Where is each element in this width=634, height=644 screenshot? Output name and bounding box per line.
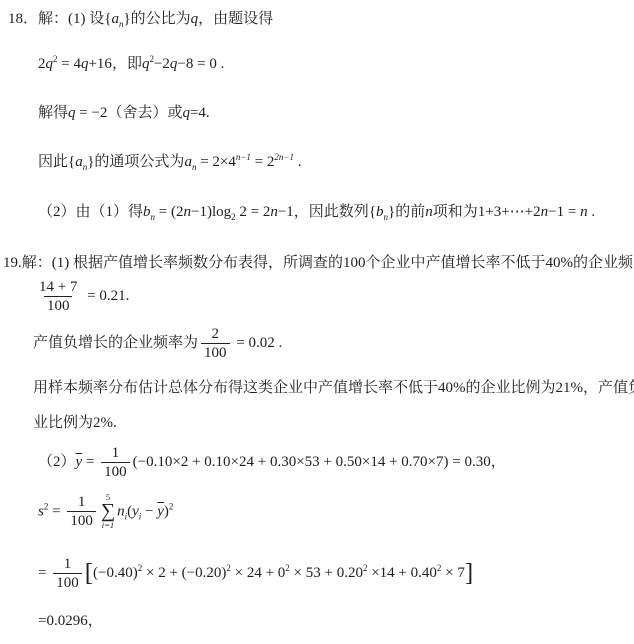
p18-solve-q-line: 解得q = −2（舍去）或q=4.: [38, 104, 210, 123]
fraction: 1100: [53, 555, 82, 592]
p19-estimate-line-1: 用样本频率分布估计总体分布得这类企业中产值增长率不低于40%的企业比例为21%，…: [33, 379, 634, 398]
p19-frequency-calc-line: 14 + 7100 = 0.21.: [33, 278, 129, 315]
p19-negative-growth-frequency-line: 产值负增长的企业频率为2100 = 0.02 .: [33, 325, 282, 362]
p19-intro-line: 19.解：(1) 根据产值增长率频数分布表得，所调查的100个企业中产值增长率不…: [3, 254, 634, 273]
p19-variance-expansion-line: = 1100[(−0.40)2 × 2 + (−0.20)2 × 24 + 02…: [38, 555, 473, 592]
fraction: 14 + 7100: [36, 278, 80, 315]
fraction: 2100: [201, 325, 230, 362]
p18-part2-line: （2）由（1）得bn = (2n−1)log2 2 = 2n−1，因此数列{bn…: [38, 203, 595, 222]
p19-estimate-line-2: 业比例为2%.: [33, 414, 117, 433]
summation-symbol: 5∑i=1: [101, 493, 115, 531]
p18-quadratic-equation: 2q2 = 4q+16，即q2−2q−8 = 0 .: [38, 55, 224, 74]
p18-intro-line: 18．解：(1) 设{an}的公比为q，由题设得: [8, 10, 273, 29]
solution-document: 18．解：(1) 设{an}的公比为q，由题设得 2q2 = 4q+16，即q2…: [0, 0, 634, 644]
p19-mean-calc-line: （2）y = 1100(−0.10×2 + 0.10×24 + 0.30×53 …: [38, 444, 506, 481]
p19-variance-result-line: =0.0296，: [38, 612, 103, 631]
fraction: 1100: [67, 493, 96, 530]
fraction: 1100: [101, 444, 130, 481]
p18-general-term-line: 因此{an}的通项公式为an = 2×4n−1 = 22n−1 .: [38, 153, 301, 172]
p19-variance-formula-line: s2 = 11005∑i=1ni(yi − y)2: [38, 493, 173, 531]
